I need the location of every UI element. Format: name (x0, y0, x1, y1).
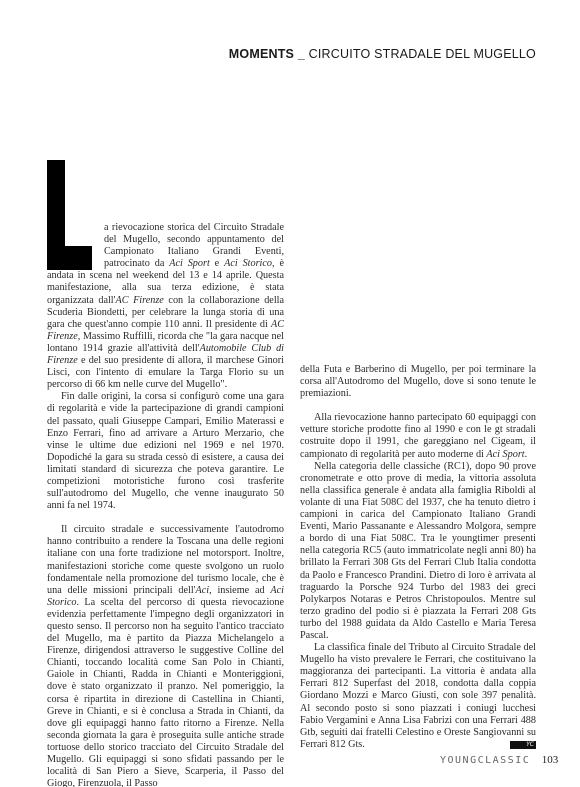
magazine-brand: YOUNGCLASSIC (440, 755, 530, 766)
paragraph-classics-results: Nella categoria delle classiche (RC1), d… (300, 461, 536, 642)
left-column: a rievocazione storica del Circuito Stra… (47, 160, 284, 787)
paragraph-route-continued: della Futa e Barberino di Mugello, per p… (300, 364, 536, 400)
page-footer: YOUNGCLASSIC 103 (440, 753, 558, 766)
page-number: 103 (542, 754, 559, 766)
paragraph-route: Il circuito stradale e successivamente l… (47, 524, 284, 787)
paragraph-origins: Fin dalle origini, la corsa si configurò… (47, 391, 284, 512)
article-title: CIRCUITO STRADALE DEL MUGELLO (309, 47, 536, 61)
running-header: MOMENTS _ CIRCUITO STRADALE DEL MUGELLO (229, 47, 536, 61)
paragraph-tribute-results: La classifica finale del Tributo al Circ… (300, 642, 536, 751)
paragraph-participants: Alla rievocazione hanno partecipato 60 e… (300, 412, 536, 460)
right-column: della Futa e Barberino di Mugello, per p… (300, 364, 536, 751)
end-mark-icon: YC (510, 741, 536, 749)
dropcap-l (47, 160, 96, 270)
section-label: MOMENTS _ (229, 47, 305, 61)
